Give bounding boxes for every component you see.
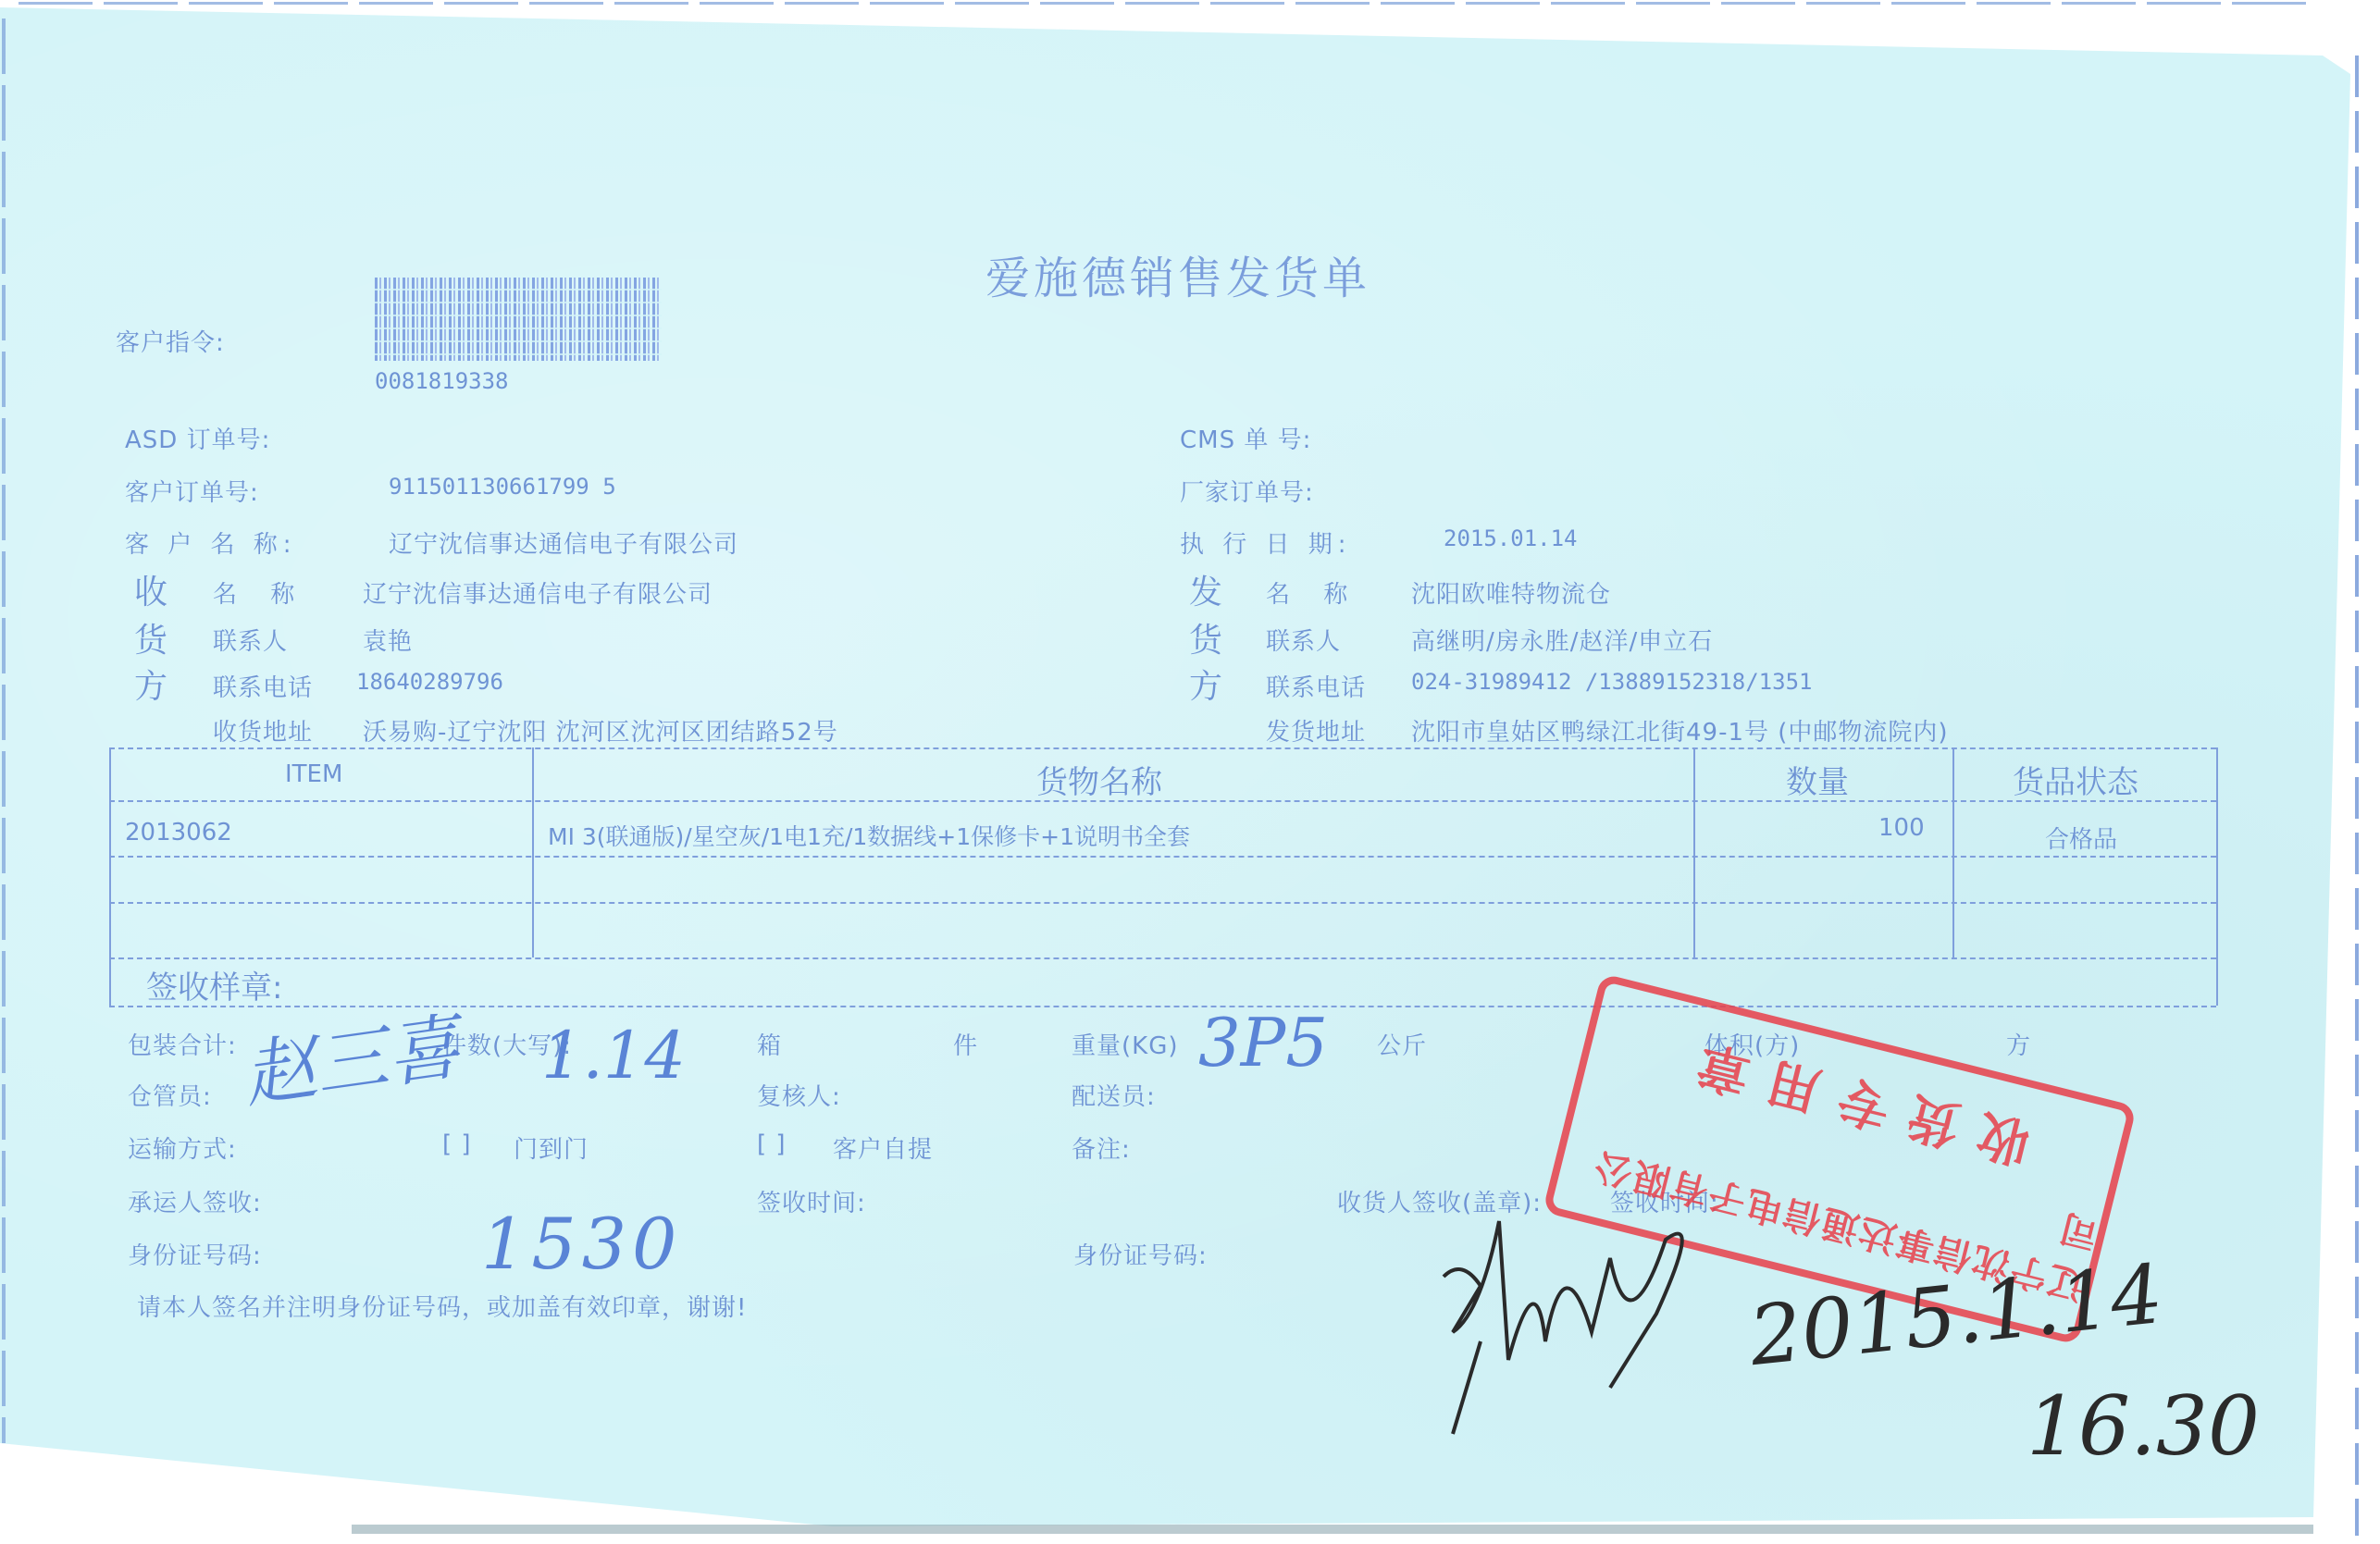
receiver-name-label: 名 称 xyxy=(213,575,307,610)
barcode-number: 0081819338 xyxy=(375,368,509,394)
carrier-id-label: 身份证号码: xyxy=(128,1237,262,1271)
consignee-id-label: 身份证号码: xyxy=(1073,1237,1208,1271)
sender-contact-label: 联系人 xyxy=(1266,623,1341,657)
table-line xyxy=(109,957,2216,959)
sender-phone-label: 联系电话 xyxy=(1266,669,1366,703)
receiver-name-value: 辽宁沈信事达通信电子有限公司 xyxy=(363,575,713,610)
warehouse-keeper-label: 仓管员: xyxy=(128,1078,212,1112)
sender-side-label-1: 发 xyxy=(1189,566,1223,613)
barcode-icon xyxy=(375,278,662,361)
exec-date-value: 2015.01.14 xyxy=(1444,525,1578,551)
customer-name-value: 辽宁沈信事达通信电子有限公司 xyxy=(389,525,738,560)
cms-order-label: CMS 单 号: xyxy=(1180,421,1311,455)
receiver-side-label-2: 货 xyxy=(134,614,168,661)
sender-address-value: 沈阳市皇姑区鸭绿江北街49-1号 (中邮物流院内) xyxy=(1411,713,1949,747)
sign-sample-label: 签收样章: xyxy=(146,962,282,1007)
paper-bottom-edge xyxy=(352,1525,2313,1534)
sender-contact-value: 高继明/房永胜/赵洋/申立石 xyxy=(1411,623,1713,657)
receiver-contact-value: 袁艳 xyxy=(363,623,413,657)
customer-command-label: 客户指令: xyxy=(116,324,225,358)
volume-unit: 方 xyxy=(2006,1027,2031,1061)
carrier-sign-label: 承运人签收: xyxy=(128,1184,262,1218)
handwritten-piece-date: 1.14 xyxy=(541,1018,686,1093)
handwritten-weight: 3P5 xyxy=(1198,1004,1328,1081)
signing-notice: 请本人签名并注明身份证号码，或加盖有效印章，谢谢! xyxy=(137,1289,747,1323)
handwritten-time: 1530 xyxy=(481,1203,682,1285)
sender-name-value: 沈阳欧唯特物流仓 xyxy=(1411,575,1611,610)
column-header-status: 货品状态 xyxy=(2013,757,2138,802)
table-line xyxy=(109,902,2216,904)
receiver-phone-label: 联系电话 xyxy=(213,669,313,703)
self-pickup-checkbox[interactable]: [ ] xyxy=(757,1130,787,1158)
row-item-code: 2013062 xyxy=(125,819,232,846)
transport-label: 运输方式: xyxy=(128,1130,237,1165)
column-header-item: ITEM xyxy=(285,760,342,788)
table-line xyxy=(109,856,2216,858)
sender-side-label-2: 货 xyxy=(1189,614,1223,661)
receiver-address-label: 收货地址 xyxy=(213,713,313,747)
table-line xyxy=(109,747,111,1006)
remarks-label: 备注: xyxy=(1072,1130,1131,1165)
box-label: 箱 xyxy=(757,1027,782,1061)
asd-order-label: ASD 订单号: xyxy=(125,421,270,455)
table-line xyxy=(532,747,534,957)
table-line xyxy=(1693,747,1695,957)
piece-label: 件 xyxy=(953,1027,978,1061)
sender-side-label-3: 方 xyxy=(1189,661,1223,708)
table-line xyxy=(1952,747,1954,957)
column-header-quantity: 数量 xyxy=(1786,757,1849,802)
table-line xyxy=(109,747,2216,749)
perforation-top xyxy=(19,2,2313,5)
consignee-time: 16.30 xyxy=(2027,1378,2260,1474)
column-header-goods-name: 货物名称 xyxy=(1036,757,1162,802)
perforation-left xyxy=(2,19,6,1443)
exec-date-label: 执 行 日 期: xyxy=(1180,525,1352,560)
deliverer-label: 配送员: xyxy=(1072,1078,1156,1112)
door-to-door-label: 门到门 xyxy=(514,1130,589,1165)
weight-unit: 公斤 xyxy=(1377,1027,1427,1061)
sender-name-label: 名 称 xyxy=(1266,575,1360,610)
receiver-contact-label: 联系人 xyxy=(213,623,288,657)
receiver-side-label-3: 方 xyxy=(134,661,168,708)
receiver-phone-value: 18640289796 xyxy=(356,669,503,695)
receiver-side-label-1: 收 xyxy=(134,566,168,613)
consignee-signature-scribble xyxy=(1425,1203,1795,1443)
door-to-door-checkbox[interactable]: [ ] xyxy=(442,1130,472,1158)
document-title: 爱施德销售发货单 xyxy=(985,242,1370,306)
perforation-right xyxy=(2355,56,2359,1536)
customer-name-label: 客 户 名 称: xyxy=(125,525,297,560)
table-line xyxy=(109,800,2216,802)
reviewer-label: 复核人: xyxy=(757,1078,841,1112)
receiver-address-value: 沃易购-辽宁沈阳 沈河区沈河区团结路52号 xyxy=(363,713,838,747)
table-line xyxy=(2216,747,2218,1006)
customer-order-value: 911501130661799 5 xyxy=(389,474,616,500)
customer-order-label: 客户订单号: xyxy=(125,474,259,508)
row-status: 合格品 xyxy=(2045,821,2117,855)
sign-time-label: 签收时间: xyxy=(757,1184,866,1218)
row-quantity: 100 xyxy=(1878,814,1925,842)
manufacturer-order-label: 厂家订单号: xyxy=(1180,474,1314,508)
self-pickup-label: 客户自提 xyxy=(833,1130,933,1165)
weight-label: 重量(KG) xyxy=(1072,1027,1179,1061)
package-total-label: 包装合计: xyxy=(128,1027,237,1061)
row-goods-name: MI 3(联通版)/星空灰/1电1充/1数据线+1保修卡+1说明书全套 xyxy=(548,819,1190,852)
sender-phone-value: 024-31989412 /13889152318/1351 xyxy=(1411,669,1812,695)
sender-address-label: 发货地址 xyxy=(1266,713,1366,747)
